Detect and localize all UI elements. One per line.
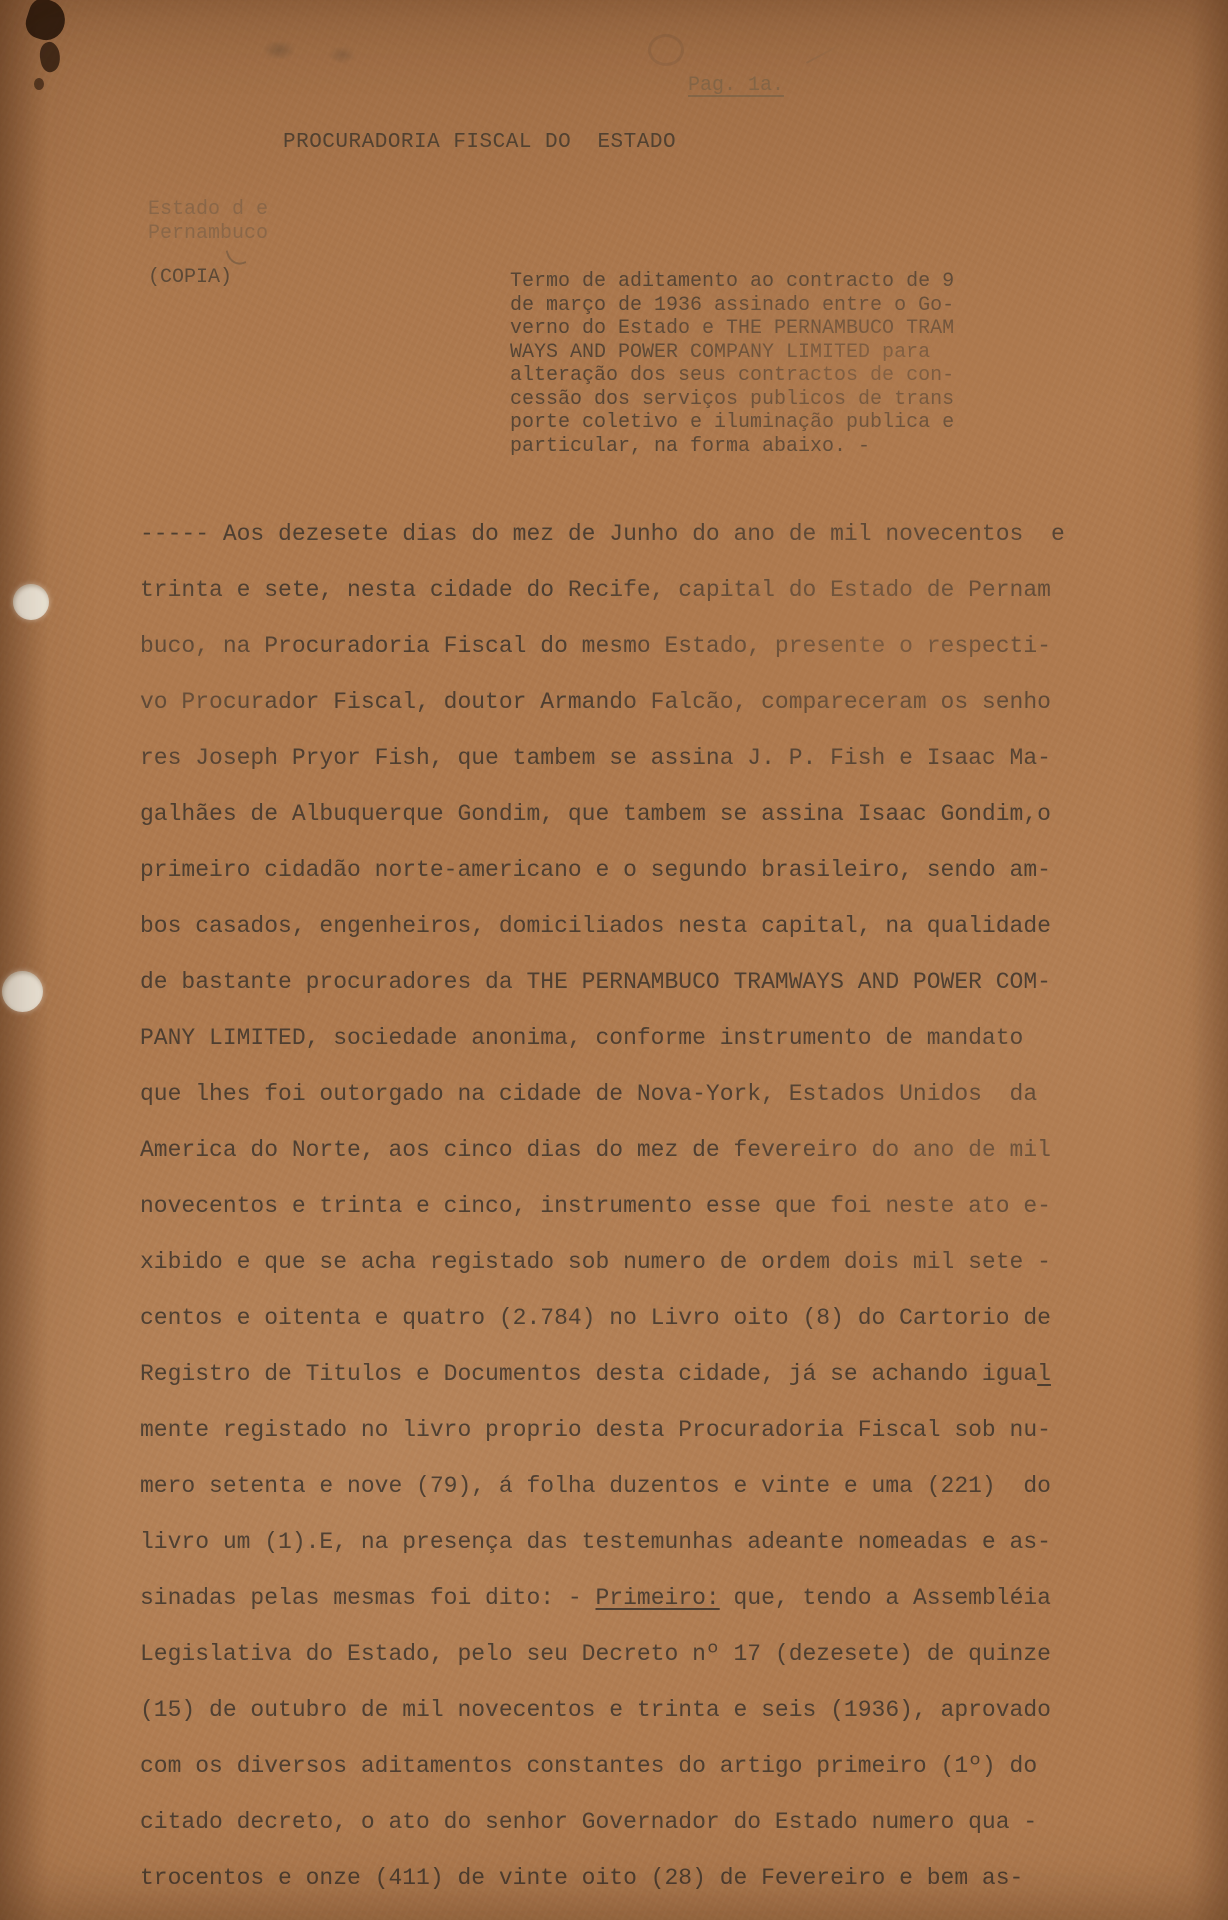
stamp-smudge	[648, 34, 684, 66]
body-line: trocentos e onze (411) de vinte oito (28…	[140, 1850, 1065, 1906]
body-line: primeiro cidadão norte-americano e o seg…	[140, 842, 1065, 898]
body-line: mero setenta e nove (79), á folha duzent…	[140, 1458, 1065, 1514]
body-line: centos e oitenta e quatro (2.784) no Liv…	[140, 1290, 1065, 1346]
letterhead-line: Pernambuco	[148, 222, 268, 246]
body-line: novecentos e trinta e cinco, instrumento…	[140, 1178, 1065, 1234]
body-line: PANY LIMITED, sociedade anonima, conform…	[140, 1010, 1065, 1066]
punch-hole-top	[13, 584, 49, 620]
ink-blot	[22, 0, 71, 45]
ink-blot	[37, 40, 63, 74]
scanned-document-page: Pag. 1a. PROCURADORIA FISCAL DO ESTADO E…	[0, 0, 1228, 1920]
headnote-line: de março de 1936 assinado entre o Go-	[510, 294, 954, 318]
headnote-line: particular, na forma abaixo. -	[510, 435, 954, 459]
copy-label: (COPIA)	[148, 266, 232, 289]
document-title: PROCURADORIA FISCAL DO ESTADO	[283, 131, 676, 154]
handwritten-ink-mark	[226, 246, 247, 268]
page-number: Pag. 1a.	[688, 74, 784, 97]
headnote: Termo de aditamento ao contracto de 9de …	[510, 270, 954, 458]
body-line: America do Norte, aos cinco dias do mez …	[140, 1122, 1065, 1178]
headnote-line: Termo de aditamento ao contracto de 9	[510, 270, 954, 294]
body-line: galhães de Albuquerque Gondim, que tambe…	[140, 786, 1065, 842]
stamp-smudge	[328, 46, 356, 64]
body-line: mente registado no livro proprio desta P…	[140, 1402, 1065, 1458]
body-line: trinta e sete, nesta cidade do Recife, c…	[140, 562, 1065, 618]
body-line: (15) de outubro de mil novecentos e trin…	[140, 1682, 1065, 1738]
letterhead-line: Estado d e	[148, 198, 268, 222]
headnote-line: cessão dos serviços publicos de trans	[510, 388, 954, 412]
body-line: res Joseph Pryor Fish, que tambem se ass…	[140, 730, 1065, 786]
body-line: com os diversos aditamentos constantes d…	[140, 1738, 1065, 1794]
body-line: livro um (1).E, na presença das testemun…	[140, 1514, 1065, 1570]
body-line: que lhes foi outorgado na cidade de Nova…	[140, 1066, 1065, 1122]
body-line: buco, na Procuradoria Fiscal do mesmo Es…	[140, 618, 1065, 674]
punch-hole-bottom	[2, 971, 43, 1012]
body-line: de bastante procuradores da THE PERNAMBU…	[140, 954, 1065, 1010]
headnote-line: WAYS AND POWER COMPANY LIMITED para	[510, 341, 954, 365]
ink-blot	[34, 78, 44, 90]
body-line: sinadas pelas mesmas foi dito: - Primeir…	[140, 1570, 1065, 1626]
body-line: xibido e que se acha registado sob numer…	[140, 1234, 1065, 1290]
body-line: vo Procurador Fiscal, doutor Armando Fal…	[140, 674, 1065, 730]
headnote-line: porte coletivo e iluminação publica e	[510, 411, 954, 435]
document-body: ----- Aos dezesete dias do mez de Junho …	[140, 506, 1065, 1906]
body-line: Registro de Titulos e Documentos desta c…	[140, 1346, 1065, 1402]
paper-crease	[806, 42, 844, 63]
body-line: citado decreto, o ato do senhor Governad…	[140, 1794, 1065, 1850]
body-line: bos casados, engenheiros, domiciliados n…	[140, 898, 1065, 954]
letterhead: Estado d ePernambuco	[148, 198, 268, 246]
body-line: Legislativa do Estado, pelo seu Decreto …	[140, 1626, 1065, 1682]
stamp-smudge	[262, 40, 296, 60]
body-line: ----- Aos dezesete dias do mez de Junho …	[140, 506, 1065, 562]
headnote-line: alteração dos seus contractos de con-	[510, 364, 954, 388]
headnote-line: verno do Estado e THE PERNAMBUCO TRAM	[510, 317, 954, 341]
